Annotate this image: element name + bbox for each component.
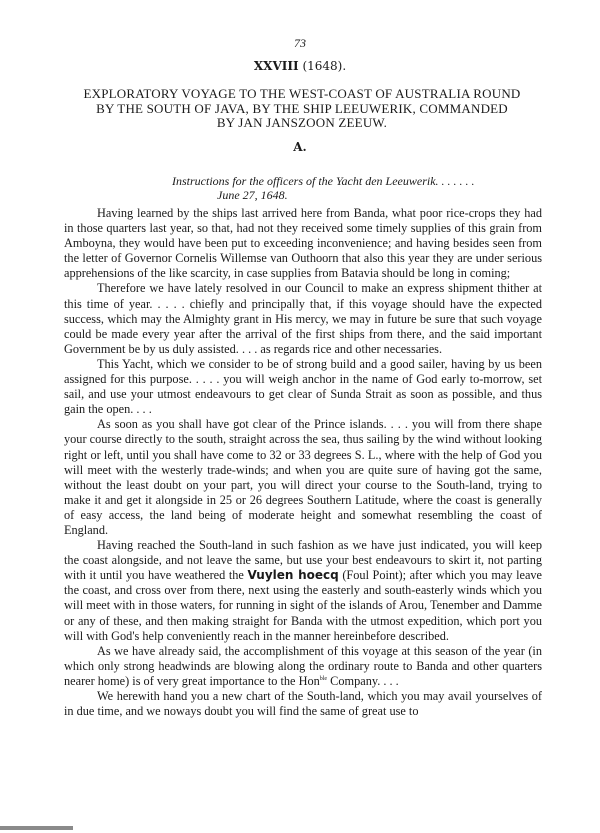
paragraph: Therefore we have lately resolved in our… bbox=[64, 281, 542, 356]
title-line: EXPLORATORY VOYAGE TO THE WEST-COAST OF … bbox=[62, 87, 542, 102]
paragraph: As soon as you shall have got clear of t… bbox=[64, 417, 542, 538]
chapter-year: (1648) bbox=[302, 59, 342, 73]
instructions-heading: Instructions for the officers of the Yac… bbox=[172, 174, 552, 188]
paragraph-text: Company. . . . bbox=[327, 674, 399, 688]
chapter-number: XXVIII bbox=[254, 59, 299, 73]
chapter-trailing: . bbox=[342, 59, 346, 73]
paragraph: As we have already said, the accomplishm… bbox=[64, 644, 542, 689]
paragraph: Having reached the South-land in such fa… bbox=[64, 538, 542, 644]
title-line: BY THE SOUTH OF JAVA, BY THE SHIP LEEUWE… bbox=[62, 102, 542, 117]
instructions-header: Instructions for the officers of the Yac… bbox=[172, 174, 552, 202]
page-number: 73 bbox=[0, 36, 600, 51]
section-letter: A. bbox=[0, 140, 600, 154]
document-title: EXPLORATORY VOYAGE TO THE WEST-COAST OF … bbox=[62, 87, 542, 131]
paragraph-text: As we have already said, the accomplishm… bbox=[64, 644, 542, 688]
scan-edge-bar bbox=[0, 826, 73, 830]
place-name-bold: Vuylen hoecq bbox=[247, 568, 338, 582]
paragraph: Having learned by the ships last arrived… bbox=[64, 206, 542, 281]
superscript-abbrev: ble bbox=[320, 676, 327, 682]
body-text: Having learned by the ships last arrived… bbox=[64, 206, 542, 719]
paragraph: We herewith hand you a new chart of the … bbox=[64, 689, 542, 719]
paragraph: This Yacht, which we consider to be of s… bbox=[64, 357, 542, 417]
chapter-heading: XXVIII (1648). bbox=[0, 59, 600, 73]
title-line: BY JAN JANSZOON ZEEUW. bbox=[62, 116, 542, 131]
instructions-date: June 27, 1648. bbox=[172, 188, 552, 202]
